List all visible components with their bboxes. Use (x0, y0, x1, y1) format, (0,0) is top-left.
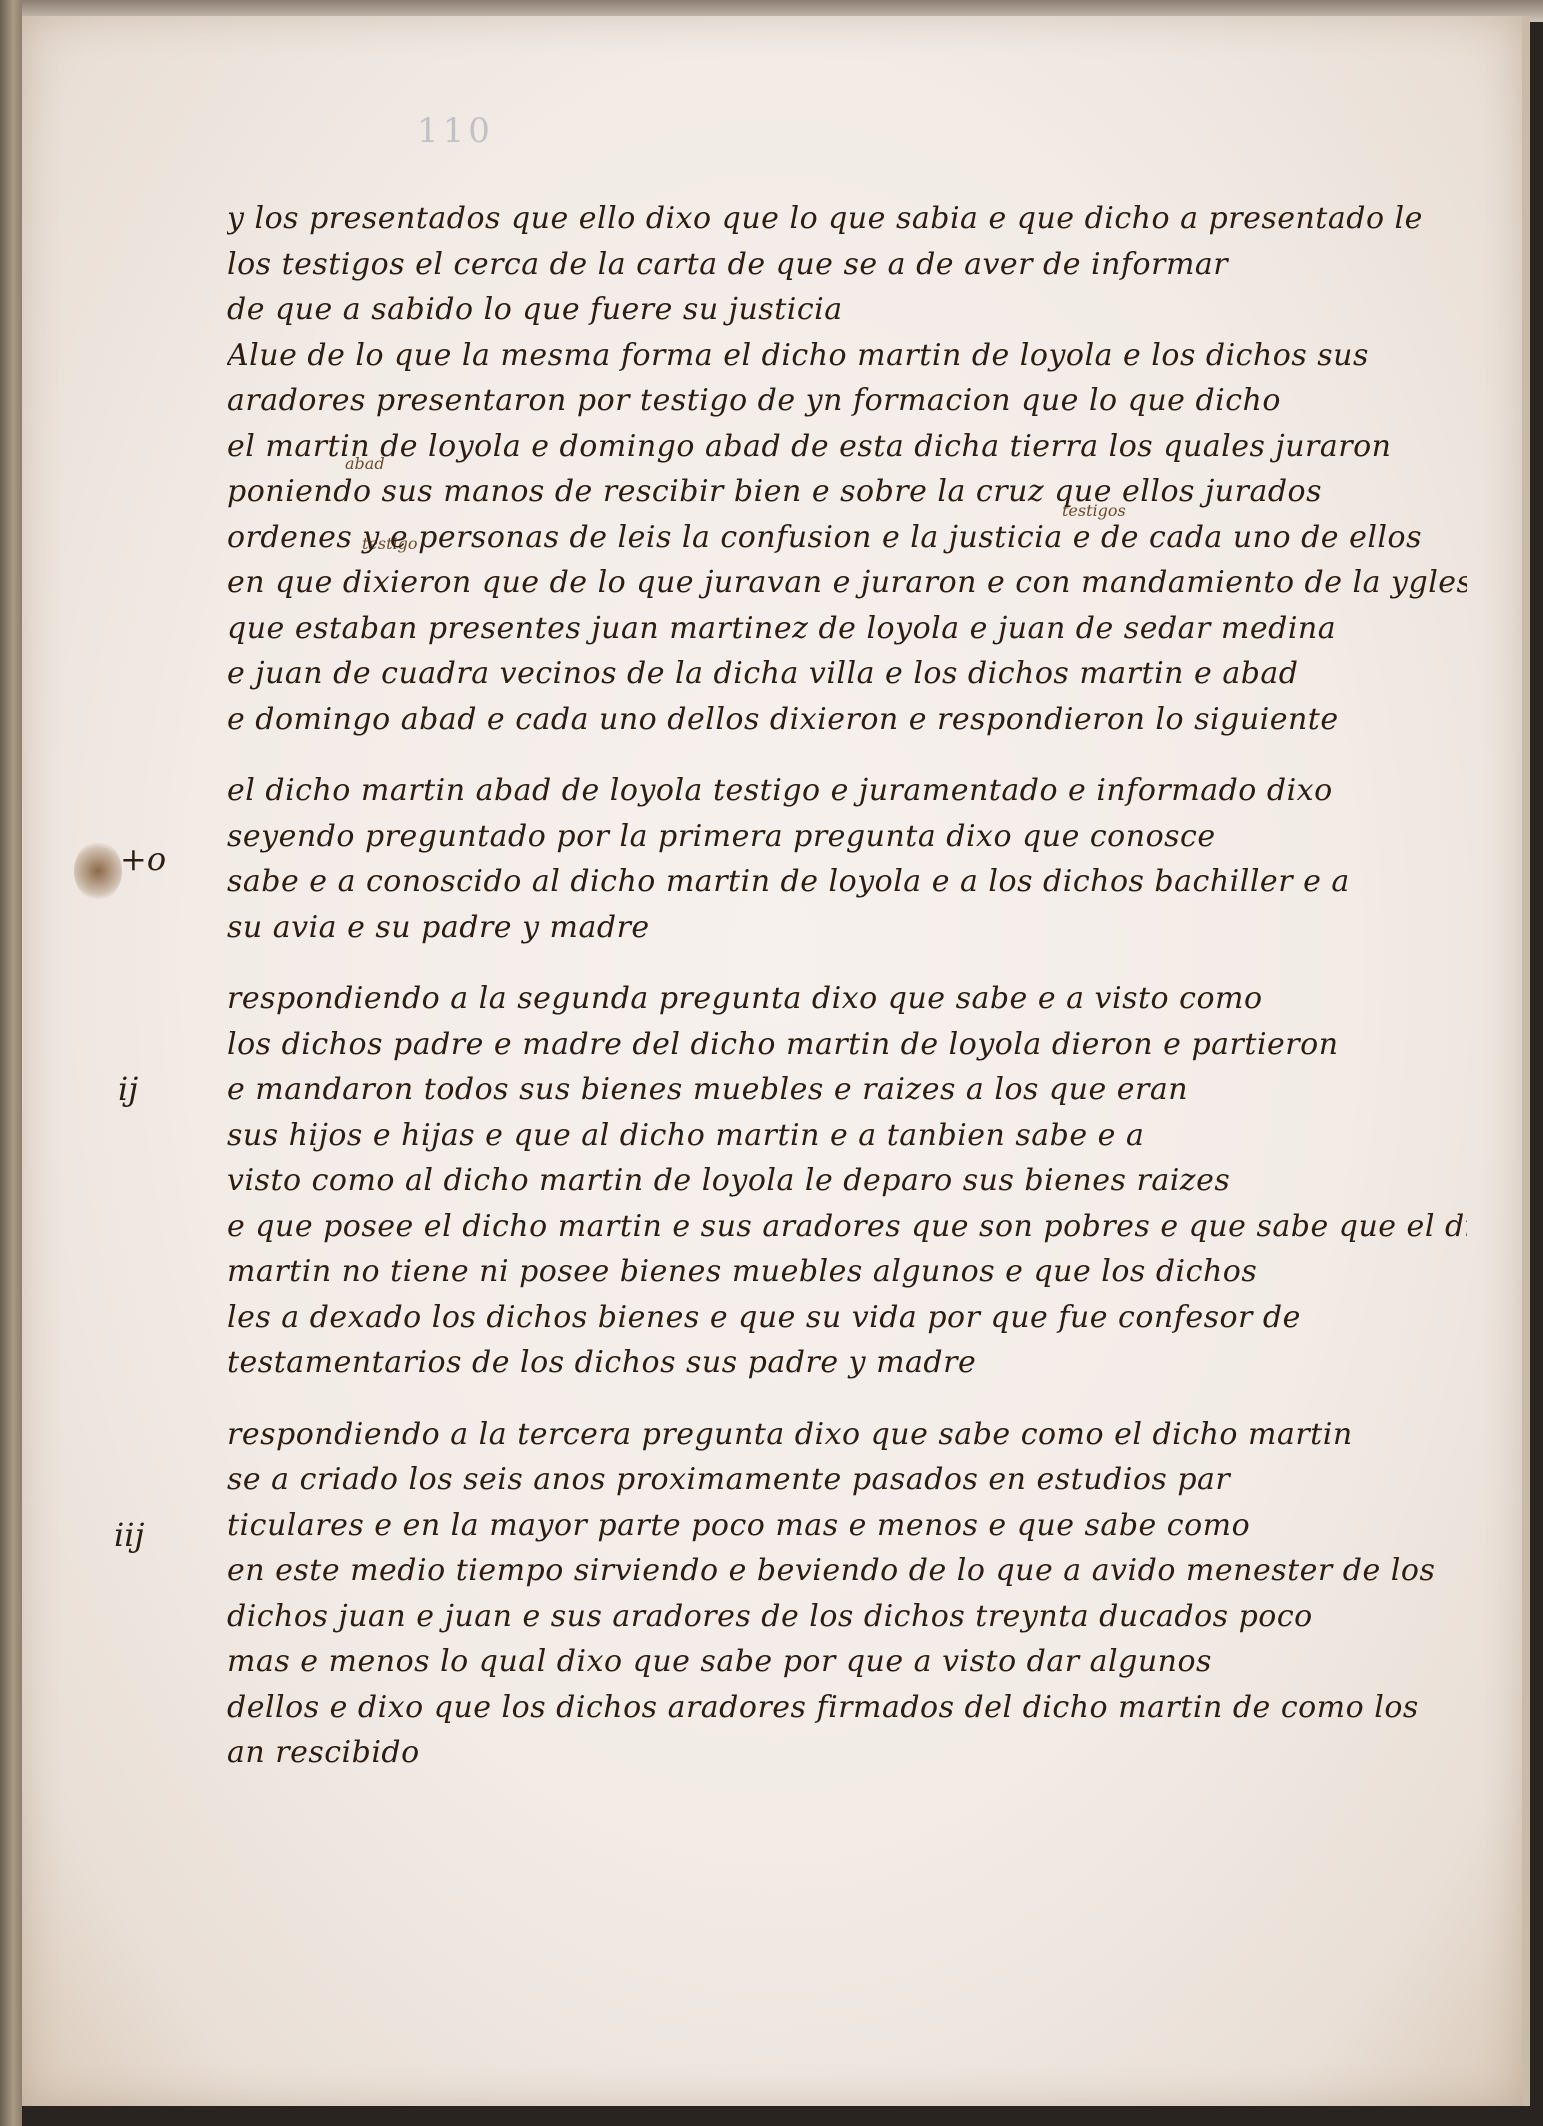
text-line: el dicho martin abad de loyola testigo e… (227, 768, 1467, 814)
text-line: sabe e a conoscido al dicho martin de lo… (227, 859, 1467, 905)
text-line: respondiendo a la tercera pregunta dixo … (227, 1412, 1467, 1458)
text-line: que estaban presentes juan martinez de l… (227, 606, 1467, 652)
text-line: poniendo sus manos de rescibir bien e so… (227, 469, 1467, 515)
book-binding (0, 0, 22, 2126)
paragraph-4: respondiendo a la segunda pregunta dixo … (227, 976, 1467, 1386)
text-line: y los presentados que ello dixo que lo q… (227, 196, 1467, 242)
text-line: aradores presentaron por testigo de yn f… (227, 378, 1467, 424)
text-line: en este medio tiempo sirviendo e beviend… (227, 1548, 1467, 1594)
text-line: mas e menos lo qual dixo que sabe por qu… (227, 1639, 1467, 1685)
text-line: el martin de loyola e domingo abad de es… (227, 424, 1467, 470)
paragraph-1: y los presentados que ello dixo que lo q… (227, 196, 1467, 333)
text-line: los testigos el cerca de la carta de que… (227, 242, 1467, 288)
paragraph-2: Alue de lo que la mesma forma el dicho m… (227, 333, 1467, 743)
paragraph-3: el dicho martin abad de loyola testigo e… (227, 768, 1467, 950)
text-line: ticulares e en la mayor parte poco mas e… (227, 1503, 1467, 1549)
text-line: respondiendo a la segunda pregunta dixo … (227, 976, 1467, 1022)
text-line: testamentarios de los dichos sus padre y… (227, 1340, 1467, 1386)
text-line: e domingo abad e cada uno dellos dixiero… (227, 697, 1467, 743)
text-line: los dichos padre e madre del dicho marti… (227, 1022, 1467, 1068)
ink-stain (74, 841, 122, 901)
text-line: e que posee el dicho martin e sus arador… (227, 1204, 1467, 1250)
text-line: e mandaron todos sus bienes muebles e ra… (227, 1067, 1467, 1113)
text-line: seyendo preguntado por la primera pregun… (227, 814, 1467, 860)
text-line: se a criado los seis anos proximamente p… (227, 1457, 1467, 1503)
text-line: su avia e su padre y madre (227, 905, 1467, 951)
text-line: de que a sabido lo que fuere su justicia (227, 287, 1467, 333)
text-line: martin no tiene ni posee bienes muebles … (227, 1249, 1467, 1295)
text-line: visto como al dicho martin de loyola le … (227, 1158, 1467, 1204)
margin-mark-3: iij (114, 1516, 144, 1554)
manuscript-page: 110 +o ij iij abad testigos testigo y lo… (22, 16, 1530, 2106)
text-line: e juan de cuadra vecinos de la dicha vil… (227, 651, 1467, 697)
margin-mark-2: ij (118, 1070, 138, 1108)
margin-mark-1: +o (120, 840, 166, 878)
manuscript-text: y los presentados que ello dixo que lo q… (227, 196, 1467, 1776)
text-line: Alue de lo que la mesma forma el dicho m… (227, 333, 1467, 379)
text-line: dellos e dixo que los dichos aradores fi… (227, 1685, 1467, 1731)
folio-number: 110 (417, 111, 494, 151)
paragraph-5: respondiendo a la tercera pregunta dixo … (227, 1412, 1467, 1776)
text-line: sus hijos e hijas e que al dicho martin … (227, 1113, 1467, 1159)
text-line: les a dexado los dichos bienes e que su … (227, 1295, 1467, 1341)
text-line: ordenes y e personas de leis la confusio… (227, 515, 1467, 561)
text-line: an rescibido (227, 1730, 1467, 1776)
text-line: dichos juan e juan e sus aradores de los… (227, 1594, 1467, 1640)
text-line: en que dixieron que de lo que juravan e … (227, 560, 1467, 606)
